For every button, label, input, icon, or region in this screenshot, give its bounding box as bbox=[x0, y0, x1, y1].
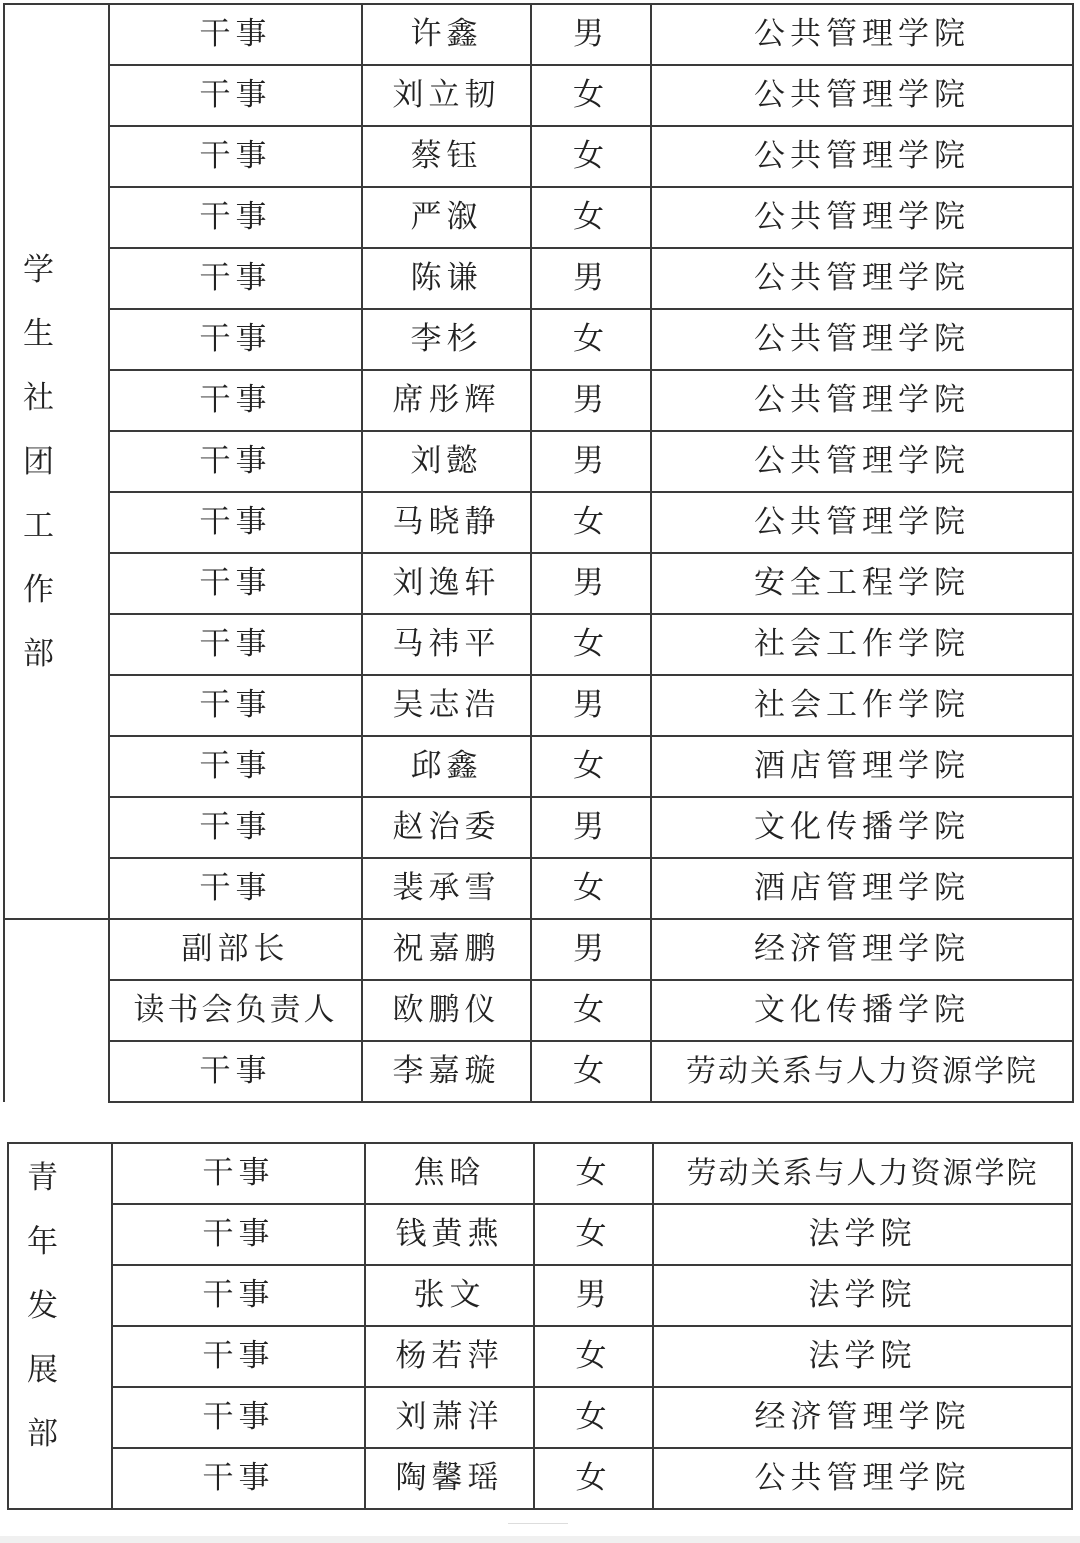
college-cell: 公共管理学院 bbox=[651, 431, 1073, 492]
page-bottom-margin bbox=[0, 1536, 1080, 1543]
position-cell: 干事 bbox=[109, 309, 362, 370]
name-cell: 刘懿 bbox=[362, 431, 531, 492]
name-cell: 张文 bbox=[365, 1265, 534, 1326]
gender-cell: 男 bbox=[531, 797, 651, 858]
department-label-line: 社团 bbox=[23, 366, 103, 494]
position-cell: 干事 bbox=[112, 1143, 365, 1204]
name-cell: 严溆 bbox=[362, 187, 531, 248]
position-cell: 干事 bbox=[109, 797, 362, 858]
gender-cell: 男 bbox=[534, 1265, 653, 1326]
table-row: 干事杨若萍女法学院 bbox=[8, 1326, 1072, 1387]
gender-cell: 女 bbox=[534, 1387, 653, 1448]
position-cell: 干事 bbox=[109, 736, 362, 797]
position-cell: 干事 bbox=[112, 1448, 365, 1509]
college-cell: 酒店管理学院 bbox=[651, 858, 1073, 919]
gender-cell: 女 bbox=[531, 1041, 651, 1102]
table-row: 干事刘立韧女公共管理学院 bbox=[4, 65, 1073, 126]
position-cell: 干事 bbox=[109, 614, 362, 675]
college-cell: 公共管理学院 bbox=[651, 309, 1073, 370]
table-row: 干事刘懿男公共管理学院 bbox=[4, 431, 1073, 492]
table-row: 干事裴承雪女酒店管理学院 bbox=[4, 858, 1073, 919]
gender-cell: 女 bbox=[531, 309, 651, 370]
name-cell: 赵治委 bbox=[362, 797, 531, 858]
table-row: 读书会负责人欧鹏仪女文化传播学院 bbox=[4, 980, 1073, 1041]
department-label-line: 工作 bbox=[23, 494, 103, 622]
position-cell: 干事 bbox=[112, 1204, 365, 1265]
table-row: 干事马祎平女社会工作学院 bbox=[4, 614, 1073, 675]
position-cell: 干事 bbox=[109, 431, 362, 492]
position-cell: 干事 bbox=[112, 1387, 365, 1448]
department-label-line: 学生 bbox=[23, 238, 103, 366]
gender-cell: 女 bbox=[534, 1448, 653, 1509]
name-cell: 杨若萍 bbox=[365, 1326, 534, 1387]
name-cell: 马祎平 bbox=[362, 614, 531, 675]
position-cell: 干事 bbox=[112, 1265, 365, 1326]
college-cell: 公共管理学院 bbox=[651, 126, 1073, 187]
table-row: 副部长祝嘉鹏男经济管理学院 bbox=[4, 919, 1073, 980]
gender-cell: 女 bbox=[534, 1204, 653, 1265]
position-cell: 干事 bbox=[109, 675, 362, 736]
name-cell: 李嘉璇 bbox=[362, 1041, 531, 1102]
table-row: 干事邱鑫女酒店管理学院 bbox=[4, 736, 1073, 797]
gender-cell: 女 bbox=[531, 492, 651, 553]
college-cell: 社会工作学院 bbox=[651, 675, 1073, 736]
table-row: 干事陈谦男公共管理学院 bbox=[4, 248, 1073, 309]
table-row: 干事李嘉璇女劳动关系与人力资源学院 bbox=[4, 1041, 1073, 1102]
gender-cell: 女 bbox=[531, 126, 651, 187]
college-cell: 公共管理学院 bbox=[651, 248, 1073, 309]
gender-cell: 男 bbox=[531, 370, 651, 431]
table-row: 青年发展部干事焦晗女劳动关系与人力资源学院 bbox=[8, 1143, 1072, 1204]
table-row: 学生社团工作部干事许鑫男公共管理学院 bbox=[4, 4, 1073, 65]
roster-table-upper-body: 学生社团工作部干事许鑫男公共管理学院干事刘立韧女公共管理学院干事蔡钰女公共管理学… bbox=[4, 4, 1073, 1102]
gender-cell: 女 bbox=[534, 1143, 653, 1204]
gender-cell: 女 bbox=[531, 614, 651, 675]
name-cell: 李杉 bbox=[362, 309, 531, 370]
position-cell: 干事 bbox=[109, 492, 362, 553]
table-row: 干事陶馨瑶女公共管理学院 bbox=[8, 1448, 1072, 1509]
department-label-line: 部 bbox=[27, 1402, 107, 1466]
college-cell: 公共管理学院 bbox=[651, 65, 1073, 126]
college-cell: 法学院 bbox=[653, 1265, 1072, 1326]
gender-cell: 男 bbox=[531, 248, 651, 309]
position-cell: 干事 bbox=[109, 858, 362, 919]
table-row: 干事张文男法学院 bbox=[8, 1265, 1072, 1326]
department-label-line: 青年 bbox=[27, 1146, 107, 1274]
name-cell: 欧鹏仪 bbox=[362, 980, 531, 1041]
gender-cell: 女 bbox=[531, 858, 651, 919]
college-cell: 公共管理学院 bbox=[651, 187, 1073, 248]
table-row: 干事马晓静女公共管理学院 bbox=[4, 492, 1073, 553]
table-row: 干事席彤辉男公共管理学院 bbox=[4, 370, 1073, 431]
college-cell: 经济管理学院 bbox=[651, 919, 1073, 980]
position-cell: 干事 bbox=[109, 4, 362, 65]
name-cell: 钱黄燕 bbox=[365, 1204, 534, 1265]
name-cell: 陶馨瑶 bbox=[365, 1448, 534, 1509]
college-cell: 文化传播学院 bbox=[651, 980, 1073, 1041]
name-cell: 吴志浩 bbox=[362, 675, 531, 736]
position-cell: 干事 bbox=[109, 1041, 362, 1102]
table-row: 干事赵治委男文化传播学院 bbox=[4, 797, 1073, 858]
name-cell: 许鑫 bbox=[362, 4, 531, 65]
college-cell: 公共管理学院 bbox=[653, 1448, 1072, 1509]
name-cell: 刘萧洋 bbox=[365, 1387, 534, 1448]
name-cell: 邱鑫 bbox=[362, 736, 531, 797]
name-cell: 刘立韧 bbox=[362, 65, 531, 126]
gender-cell: 女 bbox=[531, 980, 651, 1041]
page-artifact bbox=[508, 1523, 568, 1524]
college-cell: 公共管理学院 bbox=[651, 4, 1073, 65]
table-row: 干事蔡钰女公共管理学院 bbox=[4, 126, 1073, 187]
name-cell: 蔡钰 bbox=[362, 126, 531, 187]
college-cell: 劳动关系与人力资源学院 bbox=[653, 1143, 1072, 1204]
gender-cell: 女 bbox=[534, 1326, 653, 1387]
college-cell: 公共管理学院 bbox=[651, 370, 1073, 431]
position-cell: 干事 bbox=[109, 187, 362, 248]
position-cell: 读书会负责人 bbox=[109, 980, 362, 1041]
department-cell: 青年发展部 bbox=[8, 1143, 112, 1509]
college-cell: 文化传播学院 bbox=[651, 797, 1073, 858]
department-label-line: 发展 bbox=[27, 1274, 107, 1402]
name-cell: 马晓静 bbox=[362, 492, 531, 553]
name-cell: 席彤辉 bbox=[362, 370, 531, 431]
gender-cell: 女 bbox=[531, 65, 651, 126]
name-cell: 裴承雪 bbox=[362, 858, 531, 919]
position-cell: 干事 bbox=[109, 553, 362, 614]
table-row: 干事李杉女公共管理学院 bbox=[4, 309, 1073, 370]
name-cell: 陈谦 bbox=[362, 248, 531, 309]
position-cell: 干事 bbox=[109, 248, 362, 309]
table-row: 干事钱黄燕女法学院 bbox=[8, 1204, 1072, 1265]
gender-cell: 女 bbox=[531, 187, 651, 248]
gender-cell: 男 bbox=[531, 675, 651, 736]
roster-table-lower: 青年发展部干事焦晗女劳动关系与人力资源学院干事钱黄燕女法学院干事张文男法学院干事… bbox=[7, 1142, 1073, 1510]
gender-cell: 男 bbox=[531, 919, 651, 980]
roster-table-lower-body: 青年发展部干事焦晗女劳动关系与人力资源学院干事钱黄燕女法学院干事张文男法学院干事… bbox=[8, 1143, 1072, 1509]
college-cell: 安全工程学院 bbox=[651, 553, 1073, 614]
college-cell: 经济管理学院 bbox=[653, 1387, 1072, 1448]
college-cell: 劳动关系与人力资源学院 bbox=[651, 1041, 1073, 1102]
college-cell: 法学院 bbox=[653, 1326, 1072, 1387]
table-row: 干事严溆女公共管理学院 bbox=[4, 187, 1073, 248]
college-cell: 社会工作学院 bbox=[651, 614, 1073, 675]
college-cell: 法学院 bbox=[653, 1204, 1072, 1265]
gender-cell: 男 bbox=[531, 4, 651, 65]
table-row: 干事刘萧洋女经济管理学院 bbox=[8, 1387, 1072, 1448]
position-cell: 干事 bbox=[112, 1326, 365, 1387]
gender-cell: 男 bbox=[531, 431, 651, 492]
position-cell: 干事 bbox=[109, 65, 362, 126]
name-cell: 祝嘉鹏 bbox=[362, 919, 531, 980]
position-cell: 干事 bbox=[109, 126, 362, 187]
roster-table-upper: 学生社团工作部干事许鑫男公共管理学院干事刘立韧女公共管理学院干事蔡钰女公共管理学… bbox=[3, 3, 1074, 1103]
name-cell: 焦晗 bbox=[365, 1143, 534, 1204]
department-label-line: 部 bbox=[23, 622, 103, 686]
name-cell: 刘逸轩 bbox=[362, 553, 531, 614]
position-cell: 副部长 bbox=[109, 919, 362, 980]
college-cell: 公共管理学院 bbox=[651, 492, 1073, 553]
position-cell: 干事 bbox=[109, 370, 362, 431]
college-cell: 酒店管理学院 bbox=[651, 736, 1073, 797]
gender-cell: 男 bbox=[531, 553, 651, 614]
table-row: 干事吴志浩男社会工作学院 bbox=[4, 675, 1073, 736]
department-cell-continued bbox=[4, 919, 109, 1102]
table-row: 干事刘逸轩男安全工程学院 bbox=[4, 553, 1073, 614]
department-cell: 学生社团工作部 bbox=[4, 4, 109, 919]
gender-cell: 女 bbox=[531, 736, 651, 797]
